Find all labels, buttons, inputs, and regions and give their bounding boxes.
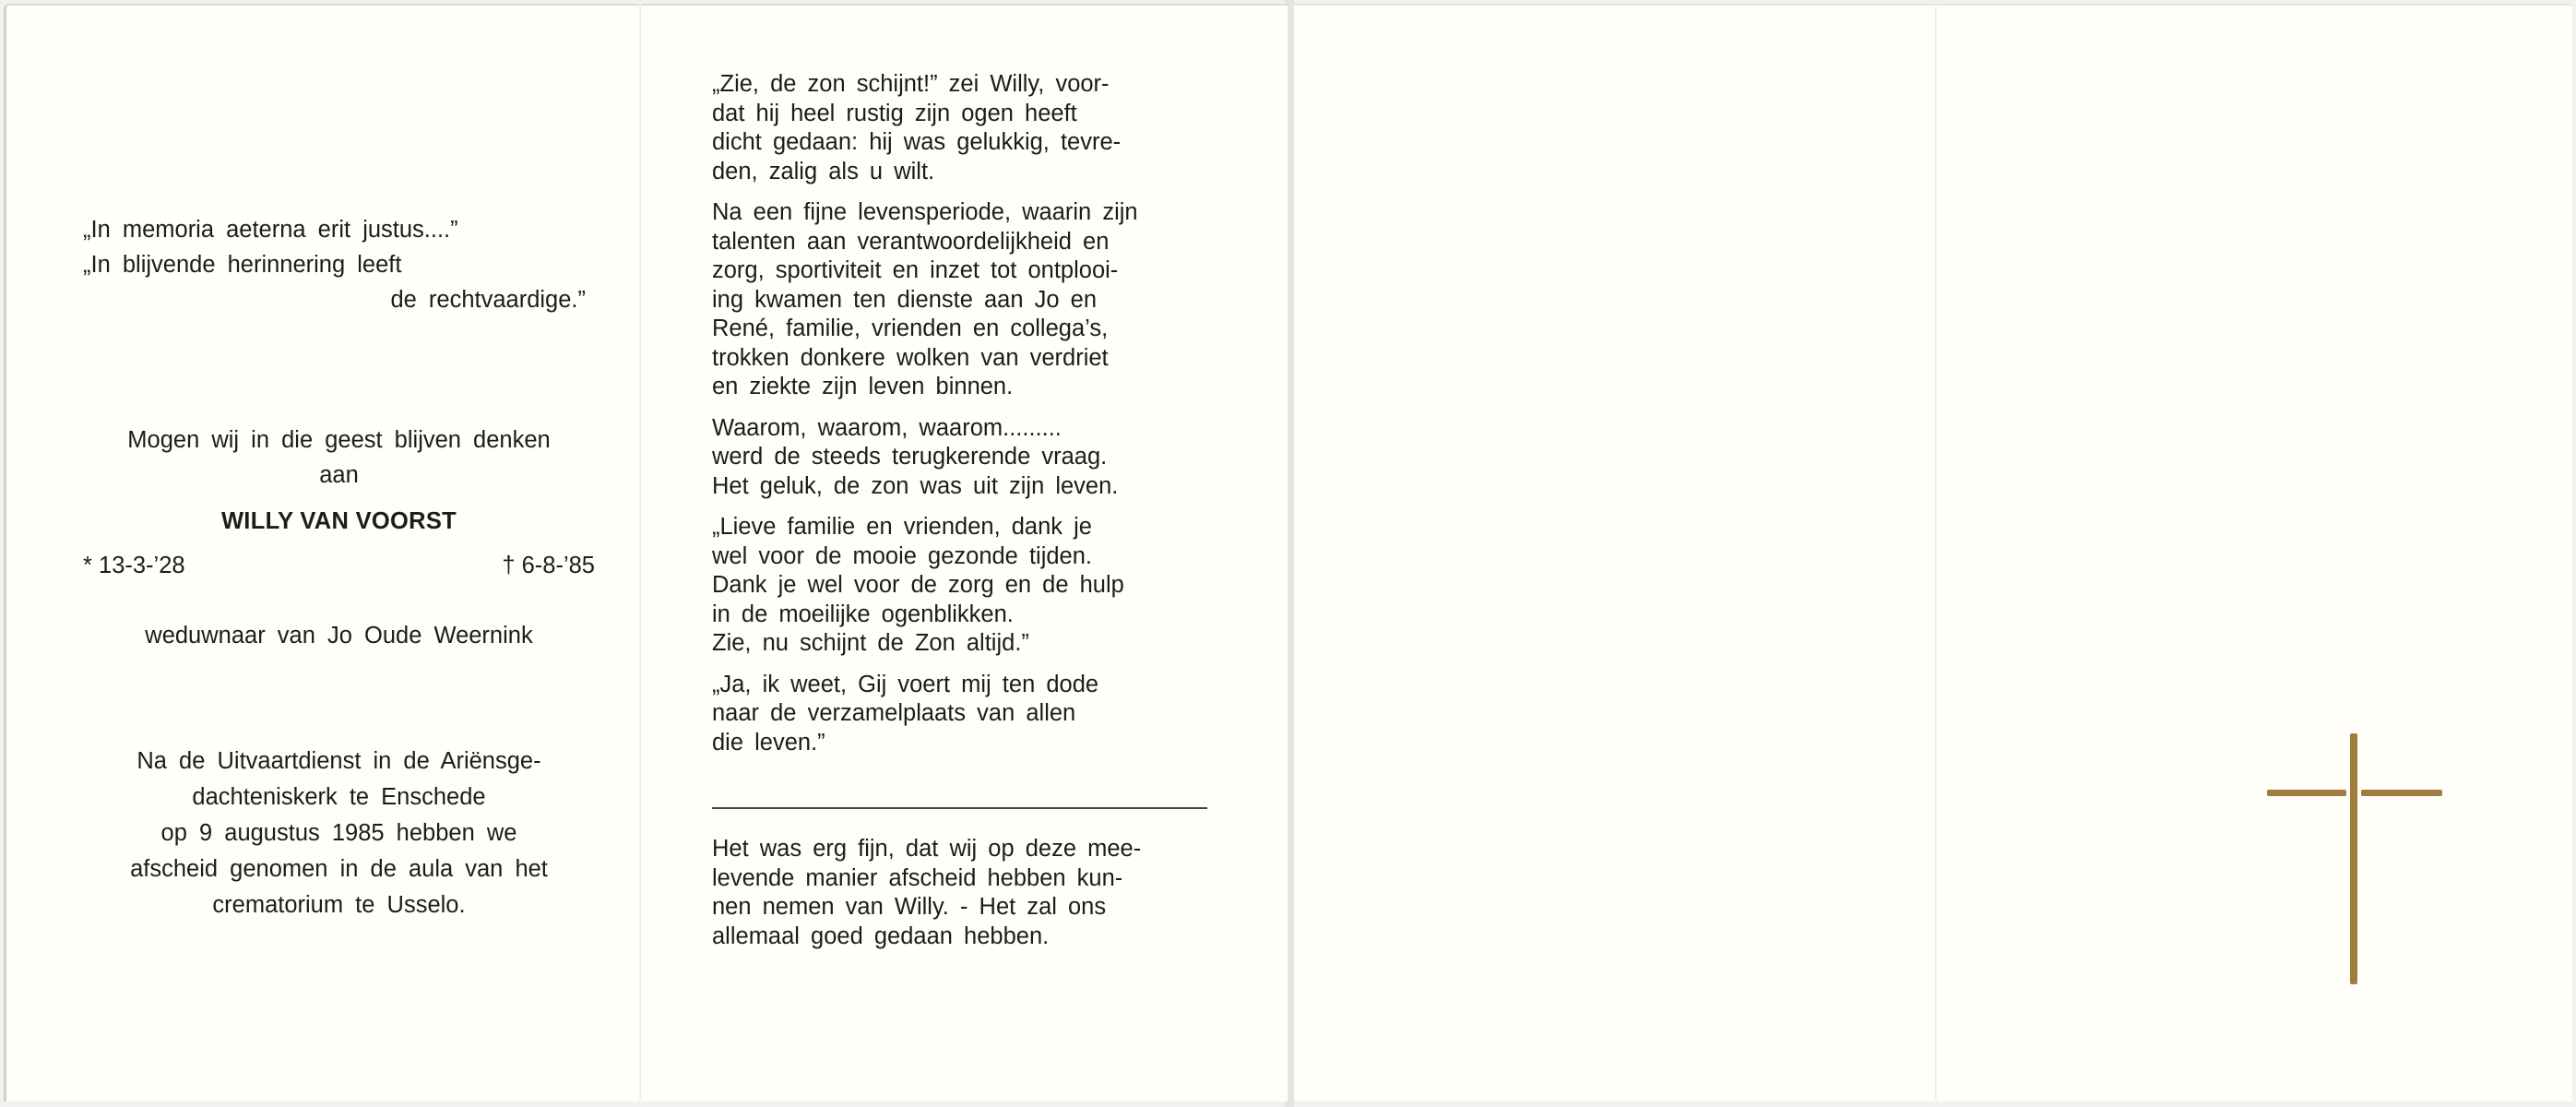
text-line: en ziekte zijn leven binnen. xyxy=(712,373,1215,402)
text-line: levende manier afscheid hebben kun- xyxy=(712,864,1215,894)
birth-date: * 13-3-’28 xyxy=(83,548,185,583)
text-line: den, zalig als u wilt. xyxy=(712,158,1215,187)
funeral-line: afscheid genomen in de aula van het xyxy=(83,851,595,887)
text-line: „Lieve familie en vrienden, dank je xyxy=(712,513,1215,542)
text-line: werd de steeds terugkerende vraag. xyxy=(712,443,1215,472)
text-line: ing kwamen ten dienste aan Jo en xyxy=(712,286,1215,315)
text-line: René, familie, vrienden en collega’s, xyxy=(712,315,1215,344)
text-line: trokken donkere wolken van verdriet xyxy=(712,344,1215,374)
text-line: Waarom, waarom, waarom......... xyxy=(712,414,1215,444)
text-line: „Zie, de zon schijnt!” zei Willy, voor- xyxy=(712,70,1215,100)
epigraph-line: „In blijvende herinnering leeft xyxy=(83,247,595,282)
text-line: Dank je wel voor de zorg en de hulp xyxy=(712,571,1215,601)
text-line: nen nemen van Willy. - Het zal ons xyxy=(712,893,1215,922)
memorial-page-middle: „Zie, de zon schijnt!” zei Willy, voor- … xyxy=(712,70,1215,963)
fold-line xyxy=(1935,4,1937,1100)
funeral-line: crematorium te Usselo. xyxy=(83,887,595,923)
death-date: † 6-8-’85 xyxy=(502,548,595,583)
funeral-line: Na de Uitvaartdienst in de Ariënsge- xyxy=(83,744,595,780)
paragraph-scripture: „Ja, ik weet, Gij voert mij ten dode naa… xyxy=(712,671,1215,758)
text-line: in de moeilijke ogenblikken. xyxy=(712,601,1215,630)
paragraph-why: Waarom, waarom, waarom......... werd de … xyxy=(712,414,1215,502)
text-line: die leven.” xyxy=(712,729,1215,758)
memorial-page-left: „In memoria aeterna erit justus....” „In… xyxy=(83,212,595,923)
text-line: wel voor de mooie gezonde tijden. xyxy=(712,542,1215,572)
text-line: zorg, sportiviteit en inzet tot ontplooi… xyxy=(712,256,1215,286)
remembrance-text: Mogen wij in die geest blijven denken aa… xyxy=(83,423,595,493)
deceased-name: WILLY VAN VOORST xyxy=(83,504,595,539)
text-line: dicht gedaan: hij was gelukkig, tevre- xyxy=(712,128,1215,158)
epigraph-line: „In memoria aeterna erit justus....” xyxy=(83,212,595,247)
remembrance-line: aan xyxy=(83,458,595,493)
life-dates: * 13-3-’28 † 6-8-’85 xyxy=(83,548,595,583)
text-line: allemaal goed gedaan hebben. xyxy=(712,922,1215,952)
horizontal-rule xyxy=(712,807,1207,809)
epigraph: „In memoria aeterna erit justus....” „In… xyxy=(83,212,595,317)
text-line: Zie, nu schijnt de Zon altijd.” xyxy=(712,629,1215,659)
paragraph-life: Na een fijne levensperiode, waarin zijn … xyxy=(712,198,1215,402)
text-line: „Ja, ik weet, Gij voert mij ten dode xyxy=(712,671,1215,700)
text-line: dat hij heel rustig zijn ogen heeft xyxy=(712,100,1215,129)
text-line: naar de verzamelplaats van allen xyxy=(712,699,1215,729)
text-line: talenten aan verantwoordelijkheid en xyxy=(712,228,1215,257)
paragraph-thanks: „Lieve familie en vrienden, dank je wel … xyxy=(712,513,1215,659)
text-line: Het geluk, de zon was uit zijn leven. xyxy=(712,472,1215,502)
funeral-line: dachteniskerk te Enschede xyxy=(83,780,595,815)
text-line: Het was erg fijn, dat wij op deze mee- xyxy=(712,835,1215,864)
epigraph-line: de rechtvaardige.” xyxy=(83,282,595,317)
widower-note: weduwnaar van Jo Oude Weernink xyxy=(83,618,595,653)
text-line: Na een fijne levensperiode, waarin zijn xyxy=(712,198,1215,228)
cross-icon xyxy=(2267,733,2442,984)
funeral-line: op 9 augustus 1985 hebben we xyxy=(83,815,595,851)
paragraph-closing: Het was erg fijn, dat wij op deze mee- l… xyxy=(712,835,1215,951)
fold-line xyxy=(639,4,641,1100)
remembrance-line: Mogen wij in die geest blijven denken xyxy=(83,423,595,458)
paragraph-sun-quote: „Zie, de zon schijnt!” zei Willy, voor- … xyxy=(712,70,1215,186)
funeral-notice: Na de Uitvaartdienst in de Ariënsge- dac… xyxy=(83,744,595,923)
